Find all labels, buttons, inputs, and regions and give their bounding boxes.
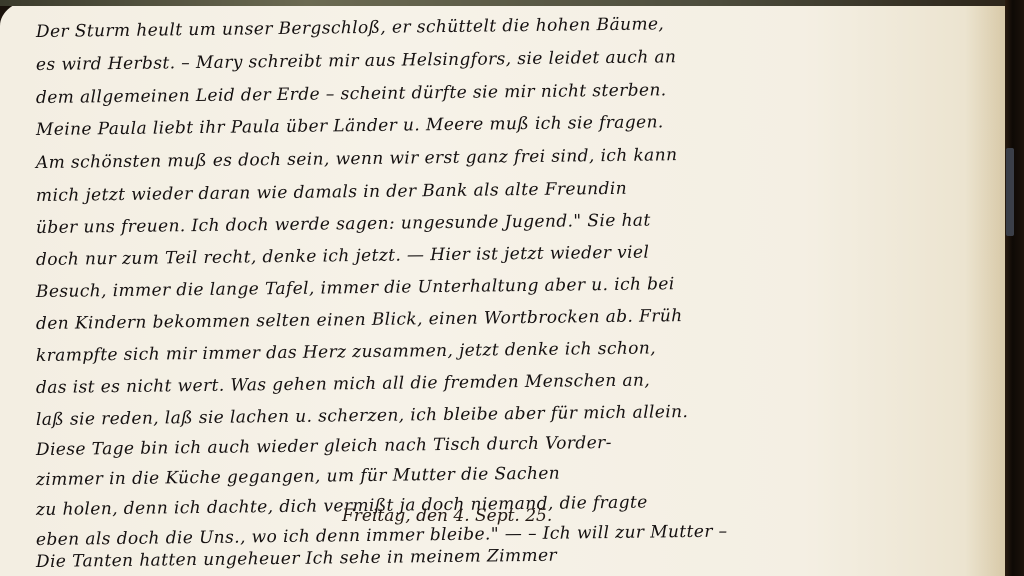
page-top-edge <box>0 0 1024 6</box>
text-line: laß sie reden, laß sie lachen u. scherze… <box>36 402 689 430</box>
text-line: dem allgemeinen Leid der Erde – scheint … <box>36 80 667 108</box>
text-line: den Kindern bekommen selten einen Blick,… <box>36 306 683 334</box>
text-line: das ist es nicht wert. Was gehen mich al… <box>36 370 650 398</box>
text-line: doch nur zum Teil recht, denke ich jetzt… <box>36 243 649 270</box>
text-line: Meine Paula liebt ihr Paula über Länder … <box>36 112 664 140</box>
text-line: Diese Tage bin ich auch wieder gleich na… <box>36 433 612 460</box>
binding-clip <box>1006 148 1014 236</box>
text-line: zimmer in die Küche gegangen, um für Mut… <box>36 464 560 490</box>
text-line: es wird Herbst. – Mary schreibt mir aus … <box>36 47 677 75</box>
text-line: krampfte sich mir immer das Herz zusamme… <box>36 338 656 366</box>
partial-text-line: Die Tanten hatten ungeheuer Ich sehe in … <box>36 546 557 572</box>
text-line: Der Sturm heult um unser Bergschloß, er … <box>36 14 664 42</box>
text-line: mich jetzt wieder daran wie damals in de… <box>36 179 627 206</box>
date-heading: Freitag, den 4. Sept. 25. <box>342 506 552 526</box>
text-line: Am schönsten muß es doch sein, wenn wir … <box>36 145 678 173</box>
text-line: Besuch, immer die lange Tafel, immer die… <box>36 274 675 302</box>
book-binding <box>1005 0 1024 576</box>
diary-page: Der Sturm heult um unser Bergschloß, er … <box>0 0 1005 576</box>
text-line: über uns freuen. Ich doch werde sagen: u… <box>36 210 651 238</box>
